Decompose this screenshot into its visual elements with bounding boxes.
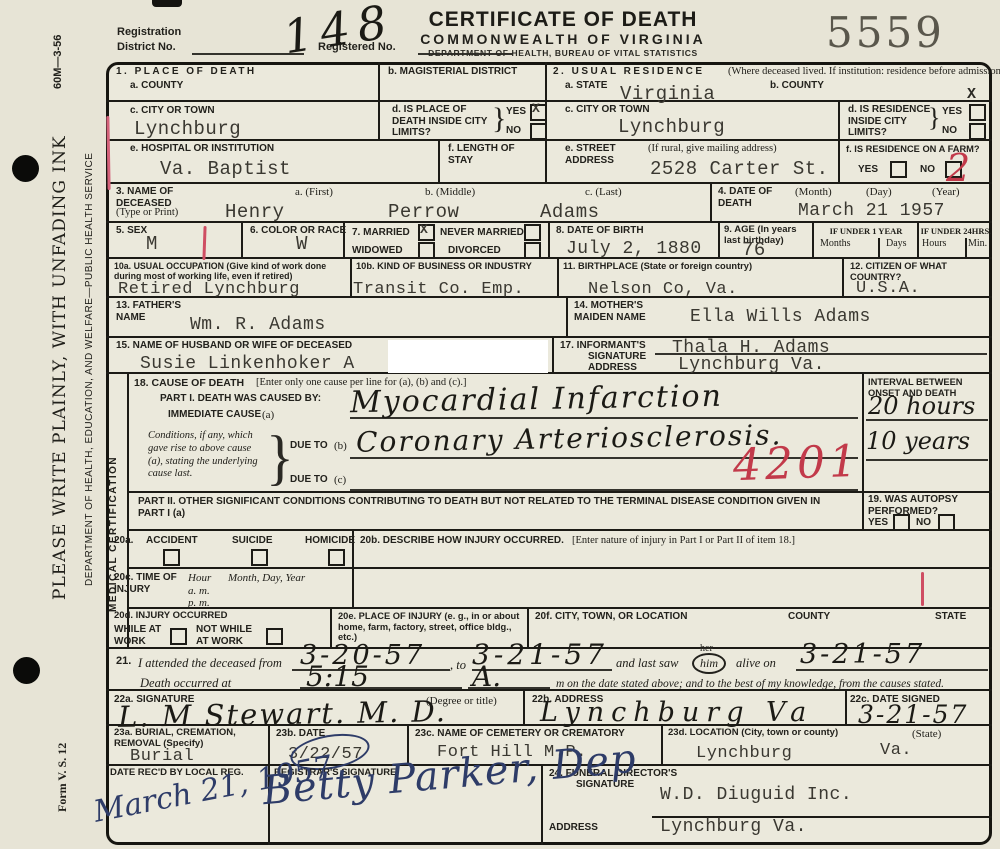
field-1a-label: a. COUNTY bbox=[130, 80, 183, 92]
field-10a-label: 10a. USUAL OCCUPATION (Give kind of work… bbox=[114, 261, 346, 281]
field-18-due-b-label: DUE TO bbox=[290, 440, 328, 452]
field-21-time-value-handwritten: 5:15 bbox=[306, 660, 369, 693]
form-number-vertical: Form V. S. 12 bbox=[55, 718, 73, 836]
field-2d-yes-label: YES bbox=[942, 106, 962, 118]
field-19-yes-label: YES bbox=[868, 517, 888, 529]
commonwealth-subtitle: COMMONWEALTH OF VIRGINIA bbox=[398, 31, 728, 47]
field-20c-mdy-label: Month, Day, Year bbox=[228, 572, 305, 585]
field-7-widowed-checkbox bbox=[418, 242, 435, 259]
divider bbox=[718, 221, 720, 257]
divider bbox=[661, 724, 663, 764]
field-8-value: July 2, 1880 bbox=[566, 239, 702, 259]
field-20d-while-label: WHILE AT WORK bbox=[114, 624, 168, 647]
funeral-address-label: ADDRESS bbox=[549, 822, 598, 834]
field-8-label: 8. DATE OF BIRTH bbox=[556, 225, 644, 237]
divider bbox=[378, 62, 380, 139]
divider bbox=[566, 296, 568, 336]
field-23c-label: 23c. NAME OF CEMETERY OR CREMATORY bbox=[415, 728, 625, 740]
field-18-part1-label: PART I. DEATH WAS CAUSED BY: bbox=[160, 393, 321, 405]
print-code-vertical: 60M—3-56 bbox=[52, 22, 72, 102]
field-14-label: 14. MOTHER'S MAIDEN NAME bbox=[574, 300, 664, 323]
field-3-label-note: (Type or Print) bbox=[116, 207, 178, 218]
divider bbox=[965, 238, 967, 257]
field-18-immediate-label: IMMEDIATE CAUSE bbox=[168, 409, 261, 421]
field-9-months-label: Months bbox=[820, 238, 851, 249]
field-20c-pm-label: p. m. bbox=[188, 597, 210, 610]
field-1d-no-checkbox bbox=[530, 123, 547, 140]
divider bbox=[106, 182, 992, 184]
field-18-c-tag: (c) bbox=[334, 474, 346, 486]
circled-him-word: him bbox=[692, 653, 726, 674]
funeral-address-value: Lynchburg Va. bbox=[660, 817, 807, 837]
field-9-under-year-label: IF UNDER 1 YEAR bbox=[816, 226, 916, 236]
department-vertical: DEPARTMENT OF HEALTH, EDUCATION, AND WEL… bbox=[84, 95, 99, 643]
field-21-text2: , to bbox=[450, 658, 466, 673]
field-15-value: Susie Linkenhoker A bbox=[140, 354, 355, 374]
interval-line-a bbox=[866, 419, 988, 421]
field-20f-state-label: STATE bbox=[935, 611, 966, 623]
divider bbox=[350, 257, 352, 296]
bureau-subtitle: DEPARTMENT OF HEALTH, BUREAU OF VITAL ST… bbox=[398, 48, 728, 58]
field-19-no-label: NO bbox=[916, 517, 931, 529]
scan-smudge bbox=[152, 0, 182, 7]
field-9-label: 9. AGE (In years last birthday) bbox=[724, 225, 812, 247]
field-3-last-value: Adams bbox=[540, 201, 600, 223]
field-4-day-label: (Day) bbox=[866, 186, 892, 198]
field-21-text1: I attended the deceased from bbox=[138, 656, 282, 671]
certificate-title: CERTIFICATE OF DEATH bbox=[398, 8, 728, 32]
field-20f-label: 20f. CITY, TOWN, OR LOCATION bbox=[535, 611, 687, 623]
field-20c-hour-label: Hour bbox=[188, 572, 211, 585]
field-4-month-label: (Month) bbox=[795, 186, 832, 198]
field-7-divorced-checkbox bbox=[524, 242, 541, 259]
field-9-hours-label: Hours bbox=[922, 238, 946, 249]
death-certificate-scan: 60M—3-56 PLEASE WRITE PLAINLY, WITH UNFA… bbox=[0, 0, 1000, 849]
divider bbox=[106, 257, 992, 259]
field-23d-value: Lynchburg bbox=[696, 744, 792, 763]
field-20a-homicide-label: HOMICIDE bbox=[305, 535, 355, 547]
field-21-text4: alive on bbox=[736, 656, 776, 671]
field-1d-yes-label: YES bbox=[506, 106, 526, 118]
field-3-first-label: a. (First) bbox=[295, 186, 333, 198]
field-13-label: 13. FATHER'S NAME bbox=[116, 300, 186, 323]
field-1f-label: f. LENGTH OF STAY bbox=[448, 143, 528, 166]
field-20b-note: [Enter nature of injury in Part I or Par… bbox=[572, 535, 795, 546]
red-code-stamp: 4201 bbox=[732, 436, 862, 491]
field-1d-label: d. IS PLACE OF DEATH INSIDE CITY LIMITS? bbox=[392, 104, 488, 139]
field-3-middle-value: Perrow bbox=[388, 201, 459, 223]
divider bbox=[557, 257, 559, 296]
field-12-value: U.S.A. bbox=[856, 279, 920, 298]
field-14-value: Ella Wills Adams bbox=[690, 307, 871, 327]
field-19-label: 19. WAS AUTOPSY PERFORMED? bbox=[868, 494, 990, 517]
field-18-due-c-label: DUE TO bbox=[290, 474, 328, 486]
field-18-a-value-handwritten: Myocardial Infarction bbox=[350, 379, 723, 421]
field-7-never-checkbox bbox=[524, 224, 541, 241]
divider bbox=[842, 257, 844, 296]
field-1c-value: Lynchburg bbox=[134, 118, 241, 140]
field-4-value: March 21 1957 bbox=[798, 201, 945, 221]
field-18-part2-label: PART II. OTHER SIGNIFICANT CONDITIONS CO… bbox=[138, 496, 833, 519]
field-21-last-value-handwritten: 3-21-57 bbox=[800, 639, 925, 670]
field-7-widowed-label: WIDOWED bbox=[352, 245, 403, 257]
field-2-title-note: (Where deceased lived. If institution: r… bbox=[728, 66, 1000, 77]
divider bbox=[106, 336, 992, 338]
field-1e-value: Va. Baptist bbox=[160, 158, 291, 180]
field-11-value: Nelson Co, Va. bbox=[588, 280, 738, 299]
red-check-mark bbox=[921, 572, 924, 606]
divider bbox=[845, 689, 847, 724]
punch-hole-top bbox=[12, 155, 39, 182]
field-17-address-label: ADDRESS bbox=[588, 362, 637, 374]
divider bbox=[545, 62, 547, 182]
divider bbox=[838, 100, 840, 182]
divider bbox=[241, 221, 243, 257]
field-2a-label: a. STATE bbox=[565, 80, 607, 92]
field-20a-homicide-checkbox bbox=[328, 549, 345, 566]
field-2a-value: Virginia bbox=[620, 83, 715, 105]
divider bbox=[812, 221, 814, 257]
field-2-title: 2. USUAL RESIDENCE bbox=[553, 66, 705, 78]
divider bbox=[127, 372, 129, 647]
registration-label: Registration bbox=[117, 26, 181, 39]
field-9-under-day-label: IF UNDER 24HRS. bbox=[919, 226, 993, 236]
divider bbox=[127, 607, 992, 609]
field-18-interval-b-handwritten: 10 years bbox=[866, 427, 970, 455]
field-21-ampm-value-handwritten: A. bbox=[472, 660, 501, 693]
punch-hole-bottom bbox=[13, 657, 40, 684]
field-7-never-label: NEVER MARRIED bbox=[440, 227, 524, 239]
field-2d-yes-mark: X bbox=[967, 86, 976, 103]
field-1b-label: b. MAGISTERIAL DISTRICT bbox=[388, 66, 517, 78]
divider bbox=[127, 567, 992, 569]
field-4-label: 4. DATE OF DEATH bbox=[718, 186, 776, 209]
field-1e-label: e. HOSPITAL OR INSTITUTION bbox=[130, 143, 274, 155]
write-plainly-vertical: PLEASE WRITE PLAINLY, WITH UNFADING INK bbox=[50, 95, 78, 640]
field-2c-value: Lynchburg bbox=[618, 116, 725, 138]
divider bbox=[438, 139, 440, 182]
field-2f-no-label: NO bbox=[920, 164, 935, 176]
field-11-label: 11. BIRTHPLACE (State or foreign country… bbox=[563, 261, 752, 272]
field-1c-label: c. CITY OR TOWN bbox=[130, 105, 215, 117]
registered-no-value-handwritten: 148 bbox=[279, 0, 398, 64]
field-4-year-label: (Year) bbox=[932, 186, 960, 198]
divider bbox=[106, 100, 992, 102]
field-18-b-tag: (b) bbox=[334, 440, 347, 452]
divider bbox=[127, 529, 992, 531]
field-2e-label: e. STREET ADDRESS bbox=[565, 143, 627, 166]
field-1d-yes-mark: X bbox=[532, 101, 540, 116]
field-20a-label: 20a. bbox=[114, 535, 133, 547]
field-20d-not-label: NOT WHILE AT WORK bbox=[196, 624, 262, 647]
interval-line-b bbox=[866, 459, 988, 461]
field-18-interval-a-handwritten: 20 hours bbox=[868, 392, 975, 420]
brace: } bbox=[928, 103, 940, 133]
field-20d-while-checkbox bbox=[170, 628, 187, 645]
field-1d-no-label: NO bbox=[506, 125, 521, 137]
field-2f-yes-label: YES bbox=[858, 164, 878, 176]
divider bbox=[552, 336, 554, 372]
field-21-text6: m on the date stated above; and to the b… bbox=[556, 677, 944, 691]
field-6-value: W bbox=[296, 233, 308, 255]
field-10b-label: 10b. KIND OF BUSINESS OR INDUSTRY bbox=[356, 261, 546, 272]
field-21-number: 21. bbox=[116, 655, 131, 668]
field-2d-yes-checkbox bbox=[969, 104, 986, 121]
divider bbox=[523, 689, 525, 724]
field-23d-state-value: Va. bbox=[880, 741, 912, 760]
field-7-married-mark: X bbox=[420, 222, 428, 237]
field-18-a-tag: (a) bbox=[262, 409, 274, 421]
field-23d-label: 23d. LOCATION (City, town or county) bbox=[668, 728, 838, 739]
field-9-minutes-label: Min. bbox=[968, 238, 987, 249]
field-5-value: M bbox=[146, 233, 158, 255]
field-20d-label: 20d. INJURY OCCURRED bbox=[114, 611, 228, 622]
field-7-married-label: 7. MARRIED bbox=[352, 227, 410, 239]
divider bbox=[548, 221, 550, 257]
field-2c-label: c. CITY OR TOWN bbox=[565, 104, 650, 116]
field-18-label: 18. CAUSE OF DEATH bbox=[134, 377, 244, 389]
field-2d-no-checkbox bbox=[969, 123, 986, 140]
field-21-text5: Death occurred at bbox=[140, 676, 231, 691]
field-19-no-checkbox bbox=[938, 514, 955, 531]
field-9-days-label: Days bbox=[886, 238, 907, 249]
field-2d-label: d. IS RESIDENCE INSIDE CITY LIMITS? bbox=[848, 104, 934, 139]
field-1-title: 1. PLACE OF DEATH bbox=[116, 66, 257, 78]
field-17-address-value: Lynchburg Va. bbox=[678, 355, 825, 375]
field-3-first-value: Henry bbox=[225, 201, 285, 223]
field-20a-accident-checkbox bbox=[163, 549, 180, 566]
field-5-label: 5. SEX bbox=[116, 225, 147, 237]
field-21-text3: and last saw bbox=[616, 656, 679, 671]
field-23d-state-label: (State) bbox=[912, 728, 941, 740]
field-20c-label: 20c. TIME OF INJURY bbox=[114, 572, 180, 595]
field-22b-value-handwritten: Lynchburg Va bbox=[540, 697, 813, 728]
district-no-label: District No. bbox=[117, 41, 176, 54]
divider bbox=[862, 372, 864, 529]
field-2f-yes-checkbox bbox=[890, 161, 907, 178]
field-2b-label: b. COUNTY bbox=[770, 80, 824, 92]
field-13-value: Wm. R. Adams bbox=[190, 315, 326, 335]
certificate-number-stamp: 5559 bbox=[826, 8, 945, 57]
field-10a-value: Retired Lynchburg bbox=[118, 280, 300, 299]
field-3-label: 3. NAME OF DECEASED bbox=[116, 186, 211, 209]
field-20b-label: 20b. DESCRIBE HOW INJURY OCCURRED. bbox=[360, 535, 564, 547]
field-19-yes-checkbox bbox=[893, 514, 910, 531]
field-15-label: 15. NAME OF HUSBAND OR WIFE OF DECEASED bbox=[116, 340, 352, 352]
field-10b-value: Transit Co. Emp. bbox=[353, 280, 524, 299]
field-9-value: 76 bbox=[742, 239, 766, 261]
field-2e-value: 2528 Carter St. bbox=[650, 158, 829, 180]
divider bbox=[710, 182, 712, 221]
field-3-last-label: c. (Last) bbox=[585, 186, 622, 198]
field-17-label: 17. INFORMANT'S bbox=[560, 340, 646, 352]
divider bbox=[878, 238, 880, 257]
field-18-conditions-note: Conditions, if any, which gave rise to a… bbox=[148, 430, 266, 481]
field-22c-value-handwritten: 3-21-57 bbox=[858, 700, 968, 729]
field-20a-suicide-checkbox bbox=[251, 549, 268, 566]
field-2d-no-label: NO bbox=[942, 125, 957, 137]
field-23a-value: Burial bbox=[130, 747, 194, 766]
brace: } bbox=[492, 102, 506, 136]
field-17-signature-label: SIGNATURE bbox=[588, 351, 646, 363]
field-3-middle-label: b. (Middle) bbox=[425, 186, 475, 198]
funeral-director-value: W.D. Diuguid Inc. bbox=[660, 785, 852, 805]
redaction-box bbox=[388, 340, 548, 373]
field-2e-note: (If rural, give mailing address) bbox=[648, 143, 777, 154]
field-20d-not-checkbox bbox=[266, 628, 283, 645]
field-20a-suicide-label: SUICIDE bbox=[232, 535, 273, 547]
field-20a-accident-label: ACCIDENT bbox=[146, 535, 198, 547]
field-2f-red-mark: 2 bbox=[946, 146, 970, 190]
field-7-divorced-label: DIVORCED bbox=[448, 245, 501, 257]
field-20f-county-label: COUNTY bbox=[788, 611, 830, 623]
